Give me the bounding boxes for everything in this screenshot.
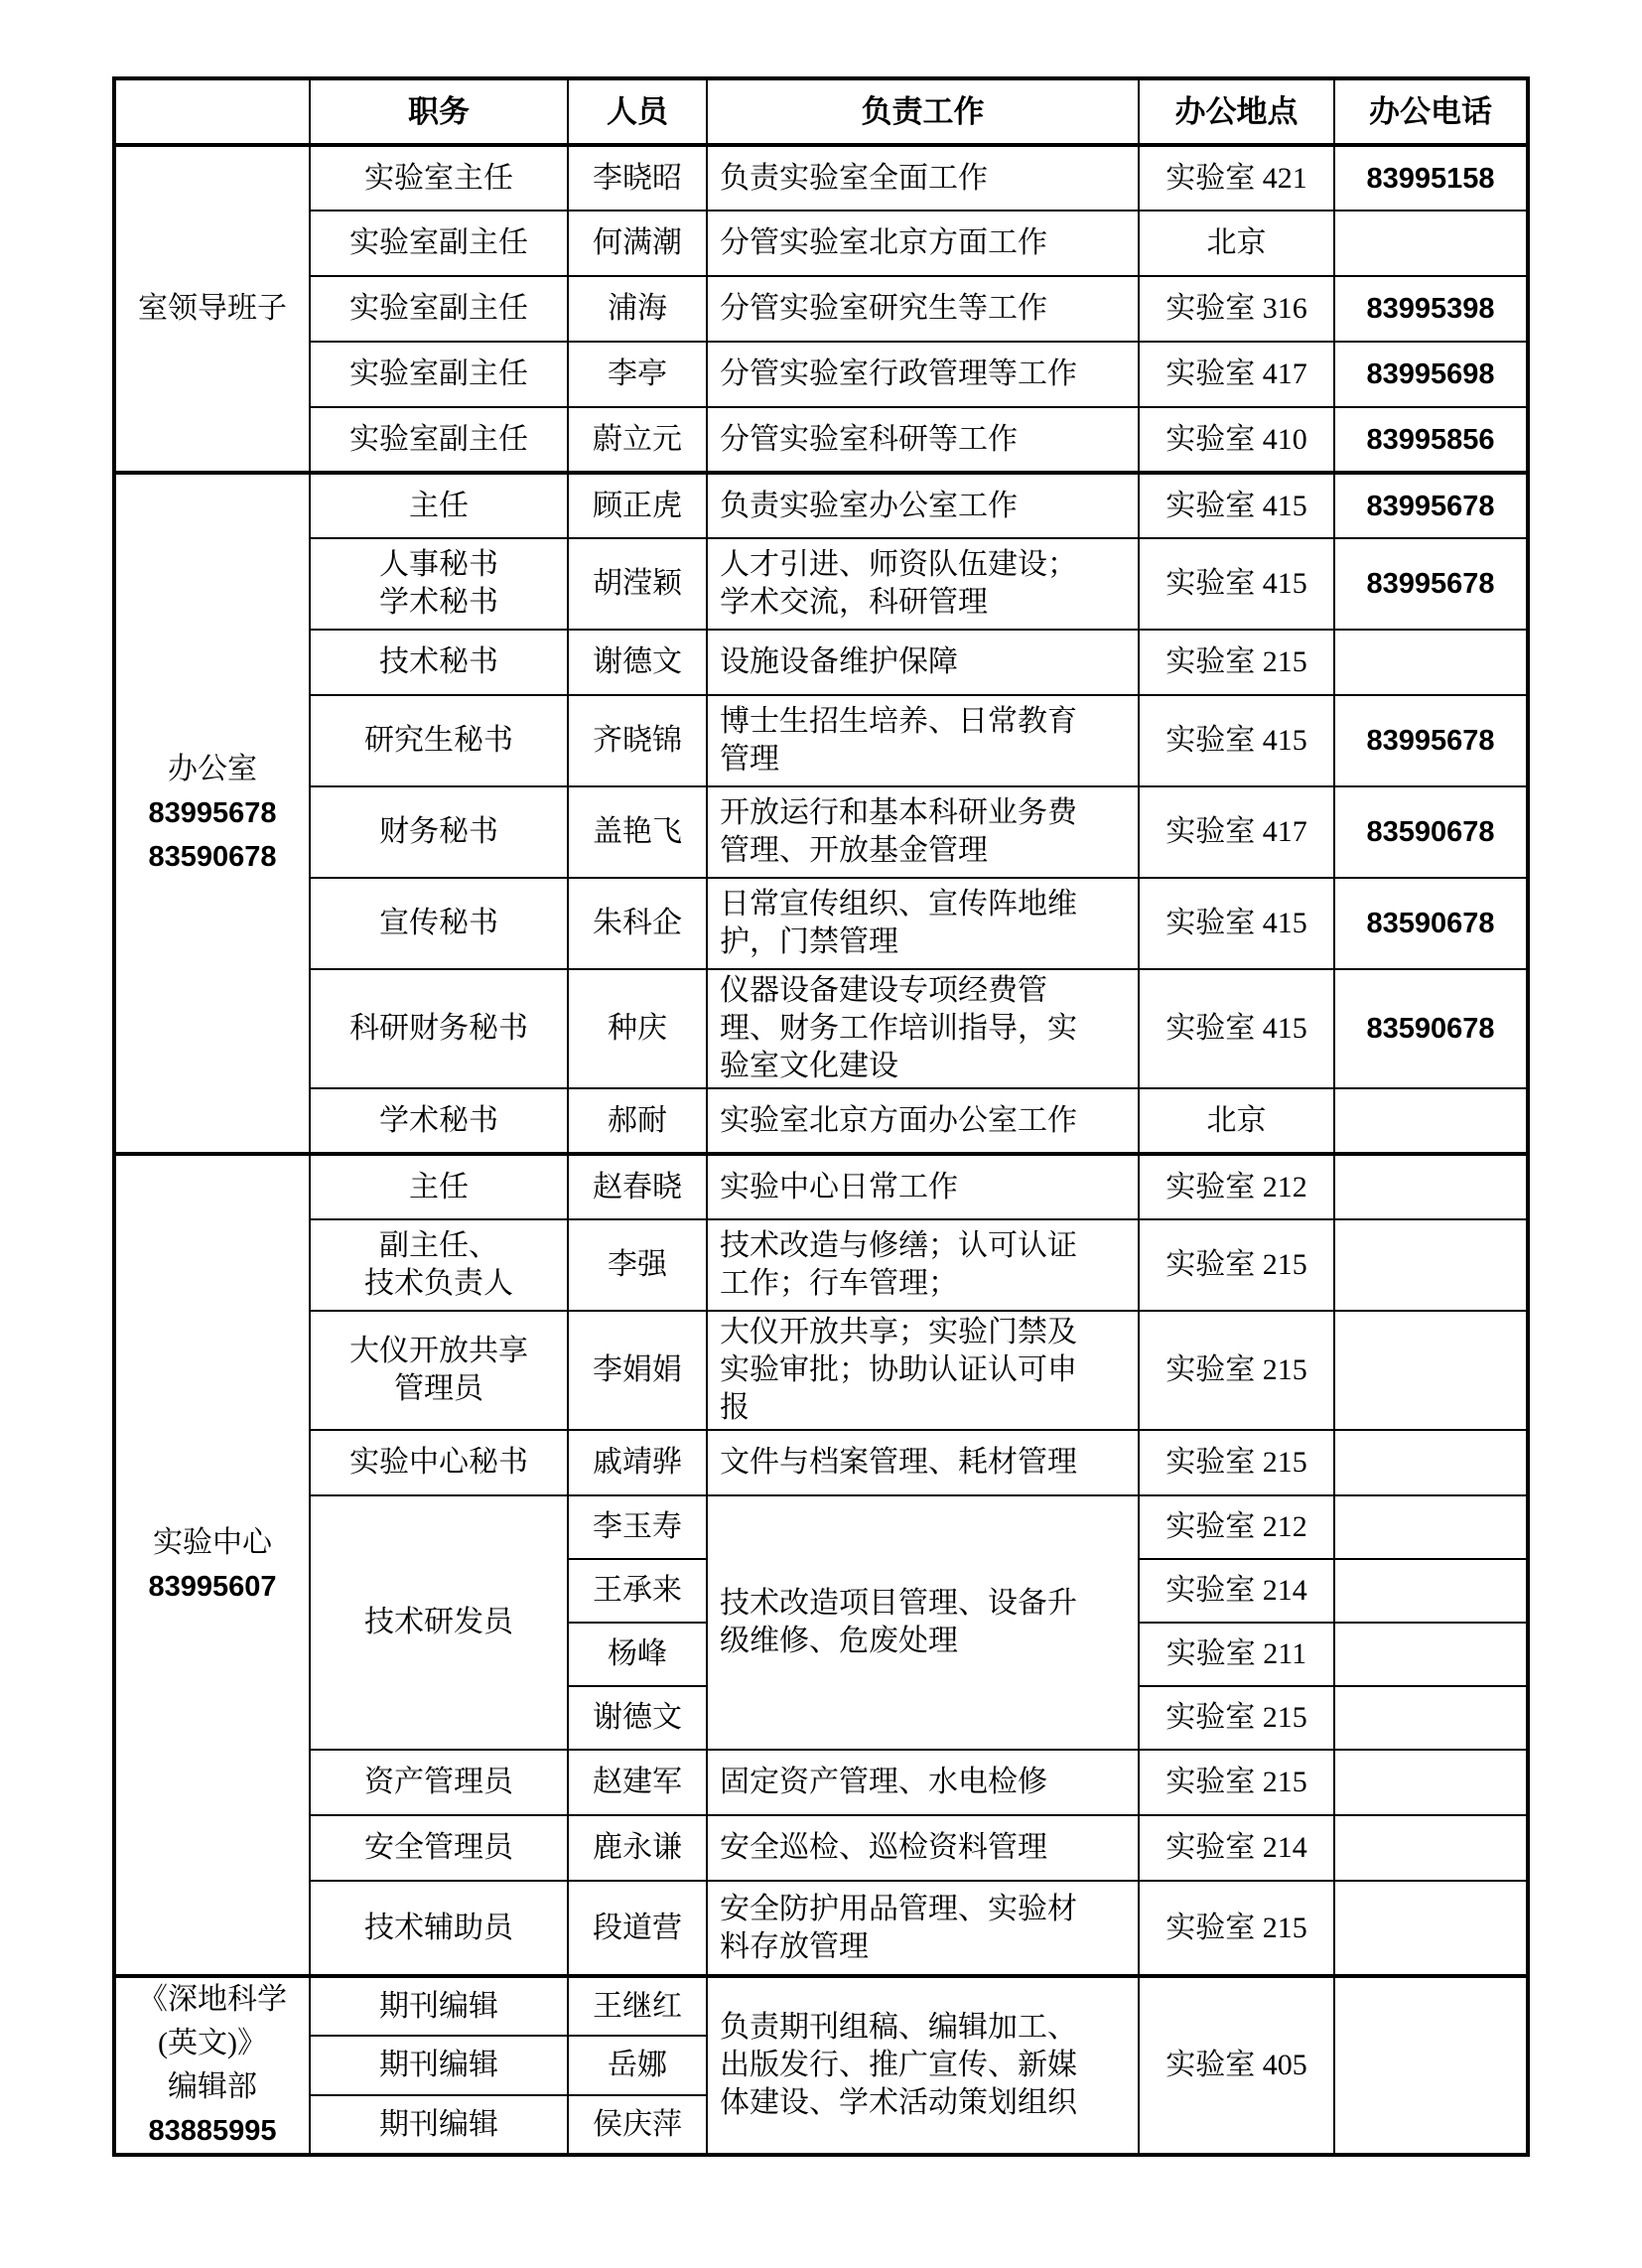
cell-location: 实验室 415 [1139, 473, 1334, 538]
header-row: 职务 人员 负责工作 办公地点 办公电话 [114, 78, 1528, 145]
cell-position: 安全管理员 [310, 1815, 568, 1881]
cell-position: 实验室副主任 [310, 211, 568, 276]
cell-phone [1334, 1495, 1528, 1559]
cell-position: 学术秘书 [310, 1088, 568, 1154]
table-row: 安全管理员 鹿永谦 安全巡检、巡检资料管理 实验室 214 [114, 1815, 1528, 1881]
cell-person: 王承来 [568, 1559, 707, 1623]
table-row: 学术秘书 郝耐 实验室北京方面办公室工作 北京 [114, 1088, 1528, 1154]
cell-phone [1334, 1750, 1528, 1815]
cell-person: 李娟娟 [568, 1311, 707, 1430]
cell-phone: 83995398 [1334, 276, 1528, 342]
cell-phone [1334, 1623, 1528, 1686]
cell-location: 实验室 415 [1139, 969, 1334, 1088]
cell-location: 实验室 415 [1139, 695, 1334, 786]
group-phone-numbers: 83885995 [148, 2115, 276, 2147]
cell-position: 人事秘书 学术秘书 [310, 538, 568, 630]
cell-location: 实验室 212 [1139, 1154, 1334, 1219]
cell-person: 王继红 [568, 1976, 707, 2036]
cell-phone [1334, 1559, 1528, 1623]
cell-location: 实验室 410 [1139, 407, 1334, 473]
cell-phone: 83590678 [1334, 878, 1528, 969]
cell-work: 实验中心日常工作 [707, 1154, 1139, 1219]
table-row: 研究生秘书 齐晓锦 博士生招生培养、日常教育 管理 实验室 415 839956… [114, 695, 1528, 786]
cell-phone [1334, 1881, 1528, 1976]
contact-table-container: 职务 人员 负责工作 办公地点 办公电话 室领导班子 实验室主任 李晓昭 负责实… [112, 76, 1530, 2157]
table-row: 实验室副主任 何满潮 分管实验室北京方面工作 北京 [114, 211, 1528, 276]
cell-person: 胡滢颖 [568, 538, 707, 630]
header-work: 负责工作 [707, 78, 1139, 145]
cell-work: 分管实验室北京方面工作 [707, 211, 1139, 276]
cell-person: 谢德文 [568, 630, 707, 695]
cell-person: 戚靖骅 [568, 1430, 707, 1495]
cell-phone-merged [1334, 1976, 1528, 2155]
header-position: 职务 [310, 78, 568, 145]
table-row: 室领导班子 实验室主任 李晓昭 负责实验室全面工作 实验室 421 839951… [114, 145, 1528, 211]
group-phone-numbers: 83995678 83590678 [148, 797, 276, 873]
cell-position: 主任 [310, 1154, 568, 1219]
cell-location: 实验室 215 [1139, 1750, 1334, 1815]
cell-person: 齐晓锦 [568, 695, 707, 786]
table-row: 技术辅助员 段道营 安全防护用品管理、实验材 料存放管理 实验室 215 [114, 1881, 1528, 1976]
table-row: 资产管理员 赵建军 固定资产管理、水电检修 实验室 215 [114, 1750, 1528, 1815]
cell-position: 副主任、 技术负责人 [310, 1219, 568, 1311]
table-row: 技术研发员 李玉寿 技术改造项目管理、设备升 级维修、危废处理 实验室 212 [114, 1495, 1528, 1559]
cell-person: 种庆 [568, 969, 707, 1088]
cell-work: 技术改造与修缮；认可认证 工作；行车管理； [707, 1219, 1139, 1311]
cell-position: 资产管理员 [310, 1750, 568, 1815]
cell-person: 浦海 [568, 276, 707, 342]
table-row: 大仪开放共享 管理员 李娟娟 大仪开放共享；实验门禁及 实验审批；协助认证认可申… [114, 1311, 1528, 1430]
cell-person: 侯庆萍 [568, 2095, 707, 2155]
group-label-text: 室领导班子 [138, 292, 287, 325]
cell-person: 郝耐 [568, 1088, 707, 1154]
cell-location: 实验室 215 [1139, 1430, 1334, 1495]
contact-table: 职务 人员 负责工作 办公地点 办公电话 室领导班子 实验室主任 李晓昭 负责实… [112, 76, 1530, 2157]
cell-phone: 83590678 [1334, 786, 1528, 878]
cell-person: 赵建军 [568, 1750, 707, 1815]
cell-location-merged: 实验室 405 [1139, 1976, 1334, 2155]
header-group-corner [114, 78, 310, 145]
cell-location: 实验室 215 [1139, 1686, 1334, 1750]
cell-location: 实验室 215 [1139, 630, 1334, 695]
cell-position: 技术辅助员 [310, 1881, 568, 1976]
cell-work: 博士生招生培养、日常教育 管理 [707, 695, 1139, 786]
cell-person: 李亭 [568, 342, 707, 407]
table-row: 实验室副主任 蔚立元 分管实验室科研等工作 实验室 410 83995856 [114, 407, 1528, 473]
cell-phone [1334, 1088, 1528, 1154]
cell-location: 实验室 212 [1139, 1495, 1334, 1559]
cell-phone: 83995678 [1334, 473, 1528, 538]
cell-location: 北京 [1139, 211, 1334, 276]
cell-work: 日常宣传组织、宣传阵地维 护，门禁管理 [707, 878, 1139, 969]
cell-work: 开放运行和基本科研业务费 管理、开放基金管理 [707, 786, 1139, 878]
group-label-text: 实验中心 [153, 1526, 272, 1559]
cell-position: 主任 [310, 473, 568, 538]
table-row: 宣传秘书 朱科企 日常宣传组织、宣传阵地维 护，门禁管理 实验室 415 835… [114, 878, 1528, 969]
cell-position: 期刊编辑 [310, 2036, 568, 2095]
cell-work: 分管实验室研究生等工作 [707, 276, 1139, 342]
cell-person: 顾正虎 [568, 473, 707, 538]
group-label-text: 《深地科学 (英文)》 编辑部 [138, 1983, 287, 2103]
cell-person: 何满潮 [568, 211, 707, 276]
cell-phone [1334, 1154, 1528, 1219]
cell-location: 实验室 421 [1139, 145, 1334, 211]
cell-person: 李玉寿 [568, 1495, 707, 1559]
header-phone: 办公电话 [1334, 78, 1528, 145]
cell-person: 赵春晓 [568, 1154, 707, 1219]
cell-person: 鹿永谦 [568, 1815, 707, 1881]
cell-phone [1334, 211, 1528, 276]
cell-phone: 83995678 [1334, 695, 1528, 786]
cell-position: 实验室副主任 [310, 407, 568, 473]
cell-person: 李强 [568, 1219, 707, 1311]
cell-work: 实验室北京方面办公室工作 [707, 1088, 1139, 1154]
cell-position: 实验室副主任 [310, 342, 568, 407]
cell-location: 实验室 215 [1139, 1219, 1334, 1311]
cell-work: 设施设备维护保障 [707, 630, 1139, 695]
cell-phone: 83995158 [1334, 145, 1528, 211]
cell-phone: 83995856 [1334, 407, 1528, 473]
header-location: 办公地点 [1139, 78, 1334, 145]
cell-position: 财务秘书 [310, 786, 568, 878]
cell-phone: 83995698 [1334, 342, 1528, 407]
cell-position: 实验室主任 [310, 145, 568, 211]
cell-phone [1334, 1219, 1528, 1311]
header-person: 人员 [568, 78, 707, 145]
table-row: 技术秘书 谢德文 设施设备维护保障 实验室 215 [114, 630, 1528, 695]
table-row: 实验中心秘书 戚靖骅 文件与档案管理、耗材管理 实验室 215 [114, 1430, 1528, 1495]
cell-position-merged: 技术研发员 [310, 1495, 568, 1750]
cell-person: 李晓昭 [568, 145, 707, 211]
cell-position: 宣传秘书 [310, 878, 568, 969]
cell-work: 分管实验室科研等工作 [707, 407, 1139, 473]
table-row: 科研财务秘书 种庆 仪器设备建设专项经费管 理、财务工作培训指导，实 验室文化建… [114, 969, 1528, 1088]
cell-work: 大仪开放共享；实验门禁及 实验审批；协助认证认可申 报 [707, 1311, 1139, 1430]
table-row: 财务秘书 盖艳飞 开放运行和基本科研业务费 管理、开放基金管理 实验室 417 … [114, 786, 1528, 878]
cell-phone: 83590678 [1334, 969, 1528, 1088]
table-row: 《深地科学 (英文)》 编辑部83885995 期刊编辑 王继红 负责期刊组稿、… [114, 1976, 1528, 2036]
cell-position: 大仪开放共享 管理员 [310, 1311, 568, 1430]
cell-phone [1334, 1430, 1528, 1495]
cell-person: 段道营 [568, 1881, 707, 1976]
cell-work: 负责实验室办公室工作 [707, 473, 1139, 538]
cell-location: 实验室 215 [1139, 1311, 1334, 1430]
cell-location: 实验室 316 [1139, 276, 1334, 342]
group-label-office: 办公室83995678 83590678 [114, 473, 310, 1154]
cell-location: 实验室 211 [1139, 1623, 1334, 1686]
cell-position: 期刊编辑 [310, 2095, 568, 2155]
group-label-text: 办公室 [168, 753, 257, 785]
cell-person: 朱科企 [568, 878, 707, 969]
group-label-leadership: 室领导班子 [114, 145, 310, 473]
table-row: 人事秘书 学术秘书 胡滢颖 人才引进、师资队伍建设； 学术交流，科研管理 实验室… [114, 538, 1528, 630]
table-row: 实验室副主任 浦海 分管实验室研究生等工作 实验室 316 83995398 [114, 276, 1528, 342]
cell-work: 人才引进、师资队伍建设； 学术交流，科研管理 [707, 538, 1139, 630]
group-label-journal-editorial: 《深地科学 (英文)》 编辑部83885995 [114, 1976, 310, 2155]
cell-work: 固定资产管理、水电检修 [707, 1750, 1139, 1815]
cell-person: 杨峰 [568, 1623, 707, 1686]
cell-location: 实验室 214 [1139, 1559, 1334, 1623]
table-row: 实验中心83995607 主任 赵春晓 实验中心日常工作 实验室 212 [114, 1154, 1528, 1219]
cell-person: 岳娜 [568, 2036, 707, 2095]
cell-position: 技术秘书 [310, 630, 568, 695]
cell-person: 谢德文 [568, 1686, 707, 1750]
cell-work: 文件与档案管理、耗材管理 [707, 1430, 1139, 1495]
cell-work: 分管实验室行政管理等工作 [707, 342, 1139, 407]
cell-phone [1334, 1815, 1528, 1881]
cell-position: 期刊编辑 [310, 1976, 568, 2036]
cell-phone [1334, 1686, 1528, 1750]
cell-work: 安全巡检、巡检资料管理 [707, 1815, 1139, 1881]
cell-position: 实验中心秘书 [310, 1430, 568, 1495]
cell-location: 实验室 417 [1139, 342, 1334, 407]
cell-location: 北京 [1139, 1088, 1334, 1154]
table-row: 办公室83995678 83590678 主任 顾正虎 负责实验室办公室工作 实… [114, 473, 1528, 538]
cell-work-merged: 技术改造项目管理、设备升 级维修、危废处理 [707, 1495, 1139, 1750]
cell-location: 实验室 415 [1139, 878, 1334, 969]
table-row: 副主任、 技术负责人 李强 技术改造与修缮；认可认证 工作；行车管理； 实验室 … [114, 1219, 1528, 1311]
cell-work: 仪器设备建设专项经费管 理、财务工作培训指导，实 验室文化建设 [707, 969, 1139, 1088]
cell-person: 蔚立元 [568, 407, 707, 473]
cell-location: 实验室 214 [1139, 1815, 1334, 1881]
group-label-experiment-center: 实验中心83995607 [114, 1154, 310, 1976]
cell-work: 安全防护用品管理、实验材 料存放管理 [707, 1881, 1139, 1976]
cell-phone: 83995678 [1334, 538, 1528, 630]
cell-work: 负责实验室全面工作 [707, 145, 1139, 211]
cell-location: 实验室 417 [1139, 786, 1334, 878]
table-row: 实验室副主任 李亭 分管实验室行政管理等工作 实验室 417 83995698 [114, 342, 1528, 407]
cell-phone [1334, 1311, 1528, 1430]
cell-position: 研究生秘书 [310, 695, 568, 786]
cell-position: 实验室副主任 [310, 276, 568, 342]
cell-location: 实验室 415 [1139, 538, 1334, 630]
cell-person: 盖艳飞 [568, 786, 707, 878]
cell-location: 实验室 215 [1139, 1881, 1334, 1976]
cell-position: 科研财务秘书 [310, 969, 568, 1088]
cell-phone [1334, 630, 1528, 695]
group-phone-numbers: 83995607 [148, 1571, 276, 1603]
cell-work-merged: 负责期刊组稿、编辑加工、 出版发行、推广宣传、新媒 体建设、学术活动策划组织 [707, 1976, 1139, 2155]
